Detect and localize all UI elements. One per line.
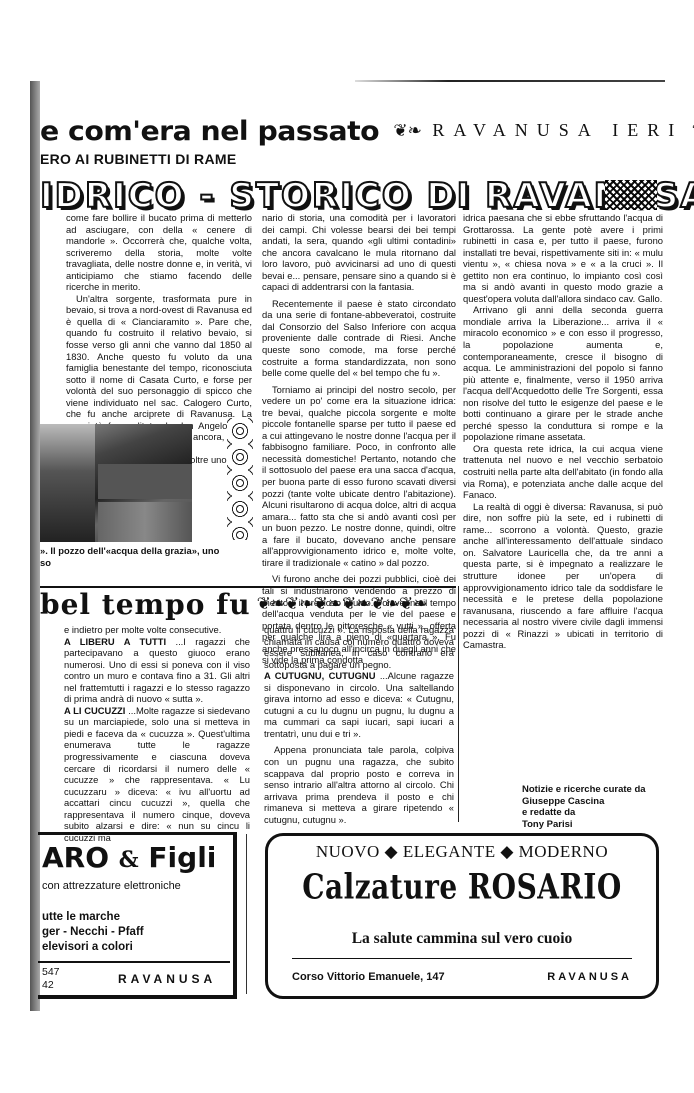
- column-rule: [458, 586, 459, 822]
- ad-subtitle: con attrezzature elettroniche: [42, 880, 181, 892]
- paragraph: A CUTUGNU, CUTUGNU ...Alcune ragazze si …: [264, 670, 454, 739]
- column-rule: [246, 834, 247, 994]
- ad-town: RAVANUSA: [118, 972, 216, 986]
- ornament-icon: ❦❧❦❧❦❧❦❧❦❧❦❧: [257, 594, 428, 614]
- paragraph: e indietro per molte volte consecutive.: [64, 624, 250, 636]
- ad-rule: [38, 961, 230, 963]
- ad-tagline: NUOVO ◆ ELEGANTE ◆ MODERNO: [268, 842, 656, 862]
- ad-rule: [292, 958, 632, 959]
- ad-address: Corso Vittorio Emanuele, 147: [292, 971, 445, 983]
- ornamental-border-icon: [227, 418, 253, 540]
- knot-ornament-icon: [605, 180, 657, 210]
- paragraph: Torniamo ai principi del nostro secolo, …: [262, 384, 456, 569]
- advertisement-calzature-rosario: NUOVO ◆ ELEGANTE ◆ MODERNO Calzature ROS…: [265, 833, 659, 999]
- paragraph: idrica paesana che si ebbe sfruttando l'…: [463, 212, 663, 304]
- games-column-2: quattru li cucuzzi ». La risposta della …: [264, 624, 454, 825]
- ad-town: RAVANUSA: [547, 971, 632, 983]
- section-header: e com'era nel passato ❦❧ RAVANUSA IERI ❦…: [40, 116, 670, 146]
- paragraph: quattru li cucuzzi ». La risposta della …: [264, 624, 454, 670]
- paragraph: Arrivano gli anni della seconda guerra m…: [463, 304, 663, 443]
- author-credit: Notizie e ricerche curate da Giuseppe Ca…: [522, 784, 646, 830]
- ad-slogan: La salute cammina sul vero cuoio: [268, 930, 656, 948]
- paragraph: La realtà di oggi è diversa: Ravanusa, s…: [463, 501, 663, 651]
- ad-line: utte le marche: [42, 911, 120, 923]
- ad-line: ger - Necchi - Pfaff: [42, 926, 144, 938]
- ad-phone: 54742: [42, 966, 60, 992]
- games-section-title: bel tempo fu❦❧❦❧❦❧❦❧❦❧❦❧: [40, 588, 428, 621]
- top-rule: [355, 80, 665, 82]
- ad-brand: ARO & Figli: [42, 841, 216, 874]
- paragraph: Appena pronunciata tale parola, colpiva …: [264, 744, 454, 825]
- paragraph: come fare bollire il bucato prima di met…: [66, 212, 252, 293]
- ad-brand: Calzature ROSARIO: [268, 866, 656, 907]
- advertisement-figli: ARO & Figli con attrezzature elettronich…: [38, 832, 237, 999]
- ornament-icon: ❦❧: [393, 121, 422, 140]
- page-title: IDRICO - STORICO DI RAVANUSA: [40, 176, 694, 216]
- paragraph: A LI CUCUZZI ...Molte ragazze si siedeva…: [64, 705, 250, 844]
- paragraph: Recentemente il paese è stato circondato…: [262, 298, 456, 379]
- well-photo: [40, 424, 192, 542]
- paragraph: nario di storia, una comodità per i lavo…: [262, 212, 456, 293]
- article-column-3: idrica paesana che si ebbe sfruttando l'…: [463, 212, 663, 651]
- games-column-1: e indietro per molte volte consecutive. …: [64, 624, 250, 843]
- paragraph: A LIBERU A TUTTI ...I ragazzi che partec…: [64, 636, 250, 705]
- ad-line: elevisori a colori: [42, 941, 133, 953]
- kicker: e com'era nel passato: [40, 116, 379, 147]
- photo-caption: ». Il pozzo dell'«acqua della grazia», u…: [40, 545, 230, 568]
- subheading: ERO AI RUBINETTI DI RAME: [40, 151, 236, 167]
- section-name: RAVANUSA IERI: [432, 120, 683, 140]
- paragraph: Ora questa rete idrica, la cui acqua vie…: [463, 443, 663, 501]
